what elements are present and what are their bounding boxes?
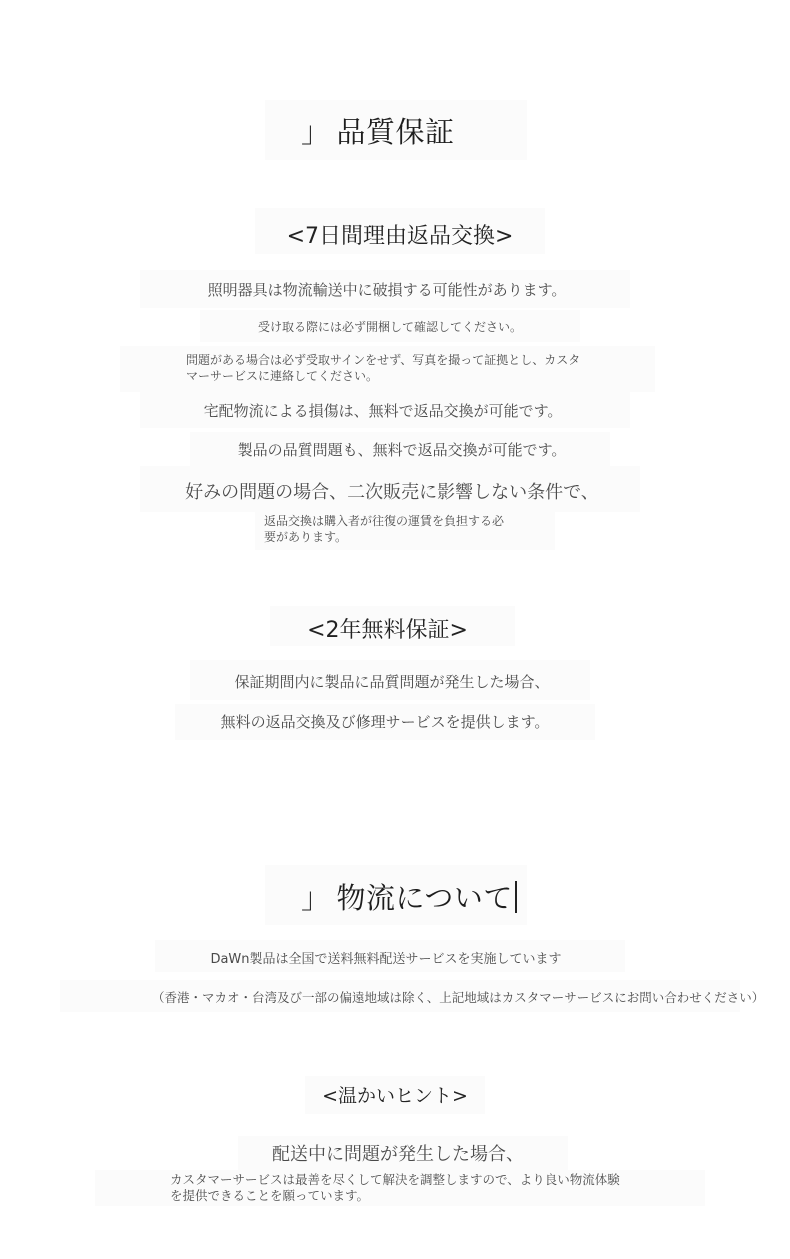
return-line-7: 返品交換は購入者が往復の運賃を負担する必要があります。 <box>255 510 555 550</box>
logistics-title-text: 物流について <box>337 881 513 915</box>
quality-title-text: 品質保証 <box>337 115 455 149</box>
title-bracket-mark: 」 <box>301 115 331 149</box>
warranty-line-1: 保証期間内に製品に品質問題が発生した場合、 <box>190 660 590 700</box>
return-line-1: 照明器具は物流輸送中に破損する可能性があります。 <box>140 270 630 308</box>
logistics-section-title: 」物流について <box>265 865 527 925</box>
quality-section-title: 」品質保証 <box>265 100 527 160</box>
warranty-heading: <2年無料保証> <box>270 606 515 646</box>
logistics-line-2: （香港・マカオ・台湾及び一部の偏遠地域は除く、上記地域はカスタマーサービスにお問… <box>60 980 740 1012</box>
return-line-6: 好みの問題の場合、二次販売に影響しない条件で、 <box>140 466 640 512</box>
warranty-line-2: 無料の返品交換及び修理サービスを提供します。 <box>175 704 595 740</box>
return-line-4: 宅配物流による損傷は、無料で返品交換が可能です。 <box>140 392 630 428</box>
logistics-line-1: DaWn製品は全国で送料無料配送サービスを実施しています <box>155 940 625 972</box>
text-cursor <box>515 881 517 913</box>
title-bracket-mark: 」 <box>301 881 331 915</box>
return-policy-heading: <7日間理由返品交換> <box>255 208 545 254</box>
return-line-3: 問題がある場合は必ず受取サインをせず、写真を撮って証拠とし、カスタマーサービスに… <box>120 346 655 392</box>
tips-heading: <温かいヒント> <box>305 1076 485 1114</box>
tips-line-1: 配送中に問題が発生した場合、 <box>238 1136 568 1170</box>
return-line-5: 製品の品質問題も、無料で返品交換が可能です。 <box>190 432 610 466</box>
return-line-2: 受け取る際には必ず開梱して確認してください。 <box>200 310 580 342</box>
tips-line-2: カスタマーサービスは最善を尽くして解決を調整しますので、より良い物流体験を提供で… <box>95 1170 705 1206</box>
